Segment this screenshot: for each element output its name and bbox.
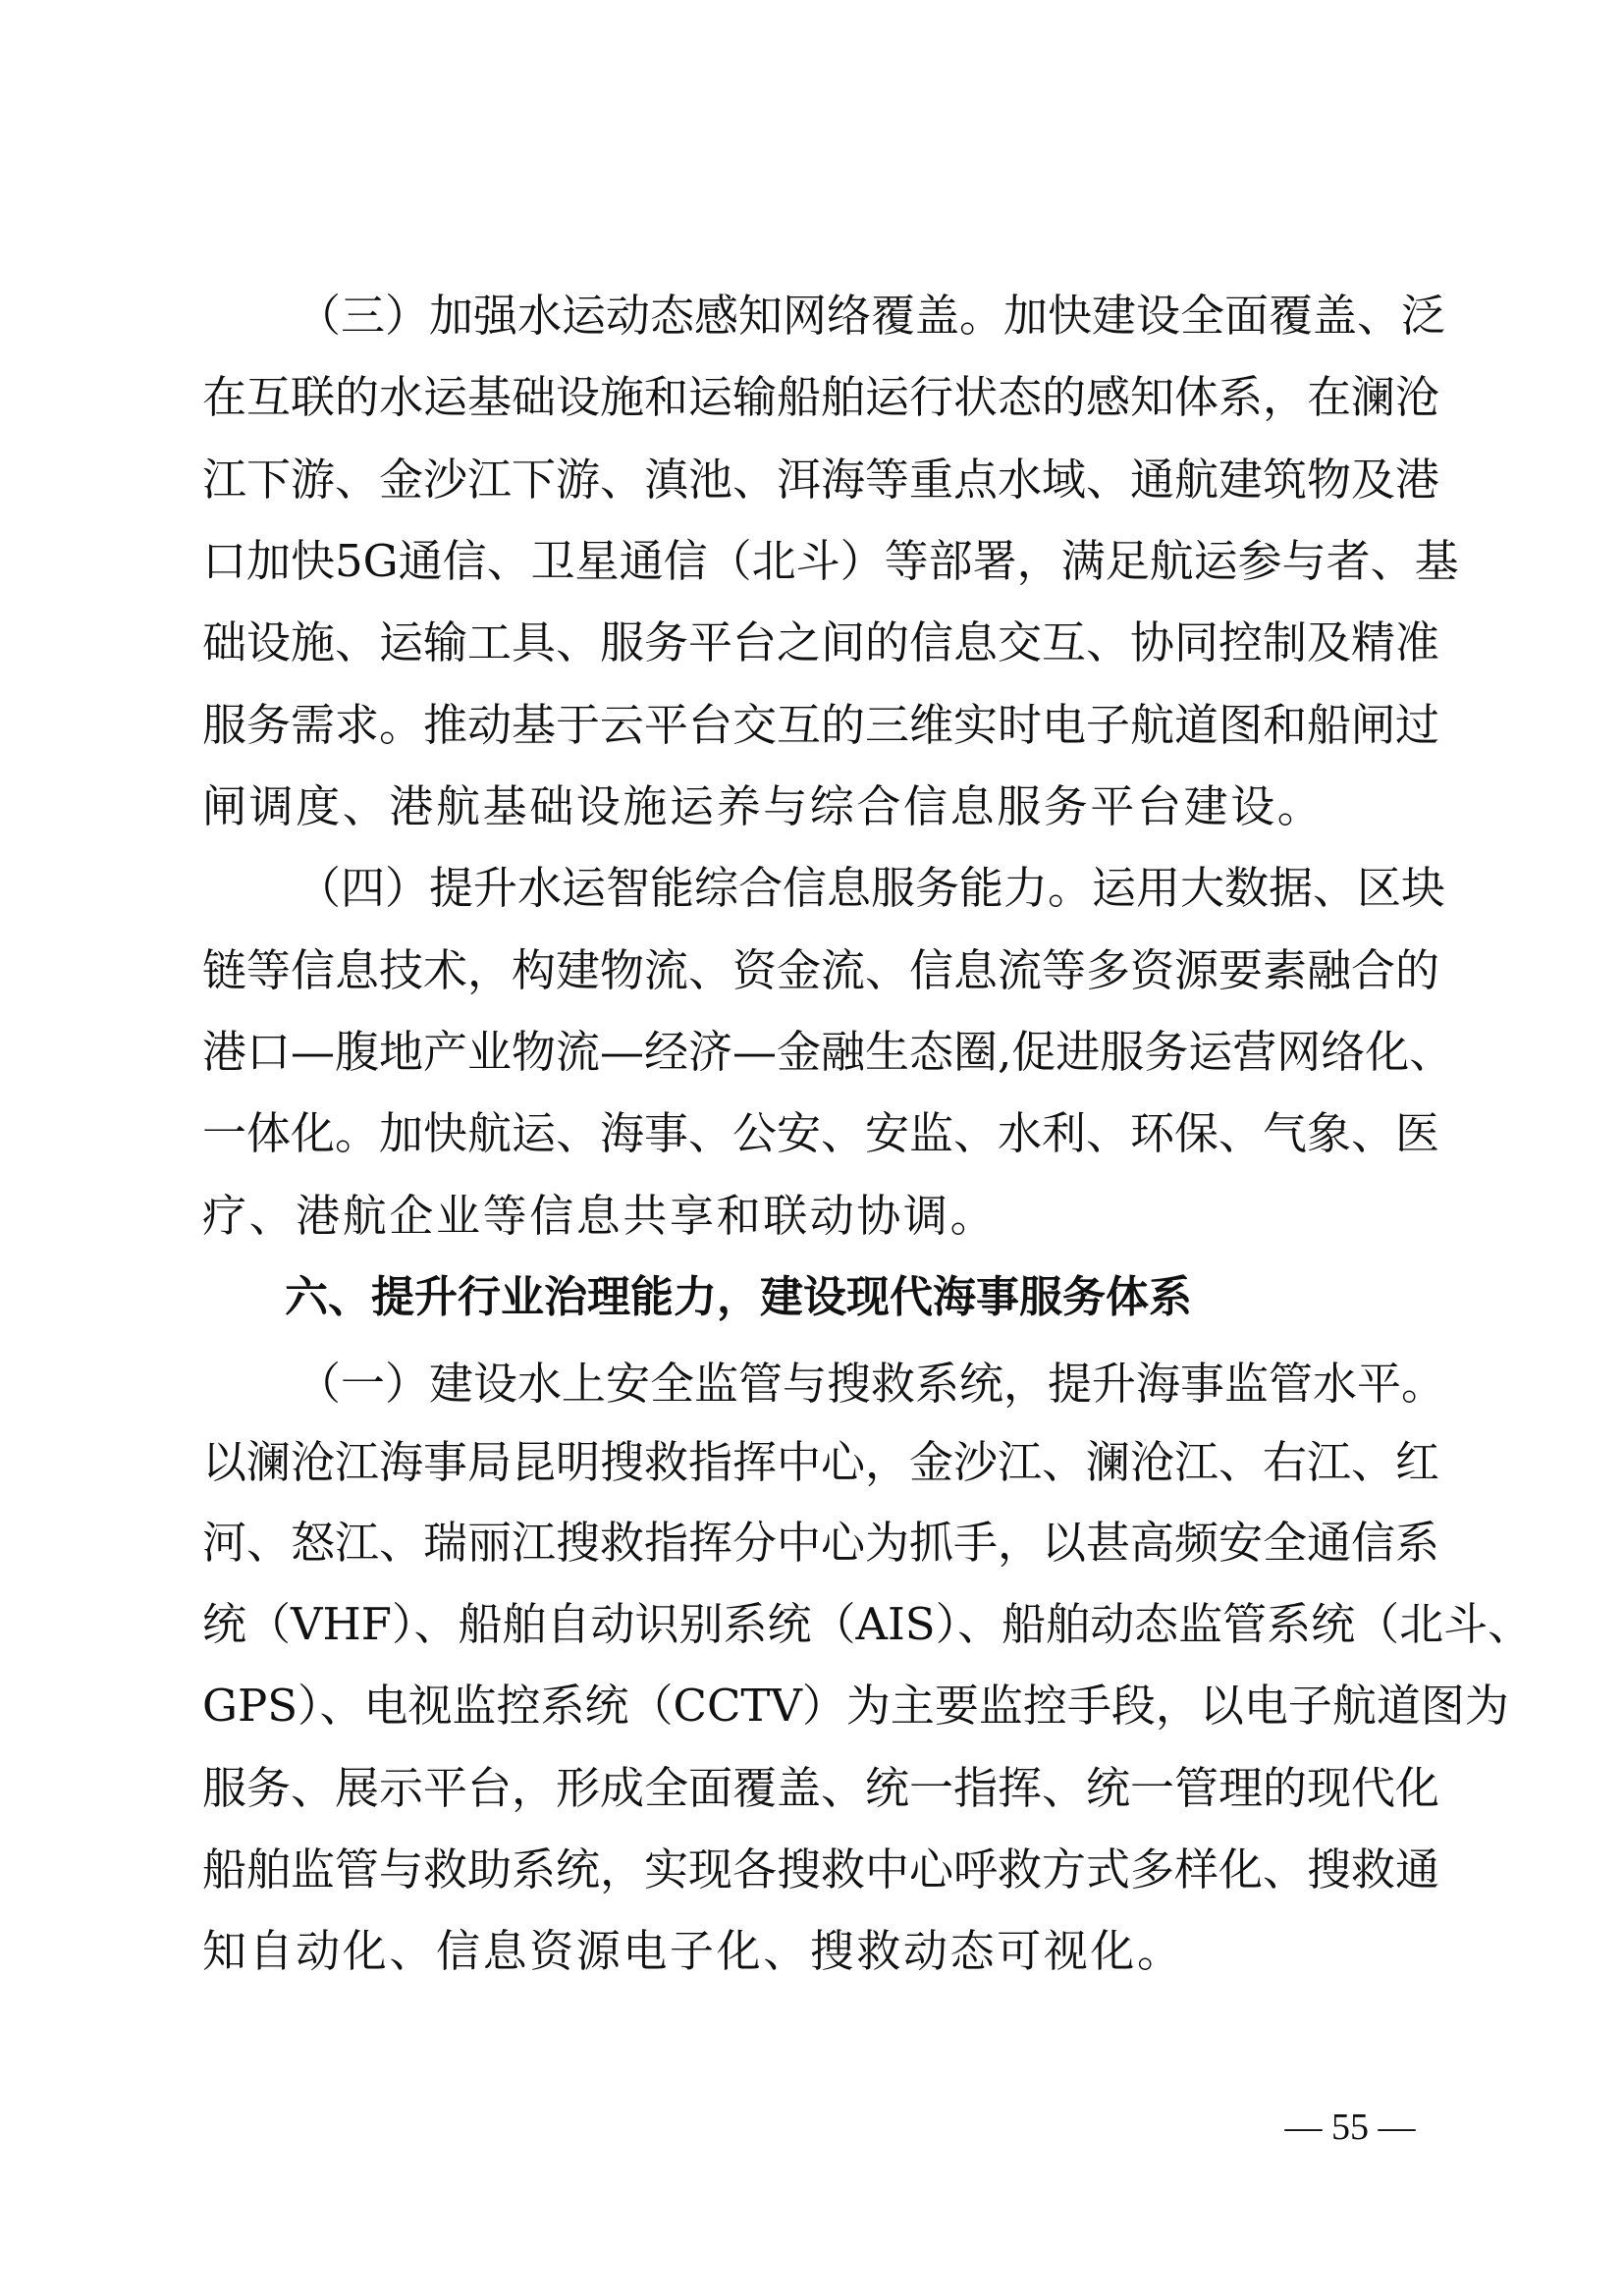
- paragraph-line: 统（VHF）、船舶自动识别系统（AIS）、船舶动态监管系统（北斗、: [202, 1595, 1424, 1654]
- paragraph-line: 船舶监管与救助系统，实现各搜救中心呼救方式多样化、搜救通: [202, 1841, 1424, 1899]
- paragraph-line: （四）提升水运智能综合信息服务能力。运用大数据、区块: [297, 859, 1424, 918]
- paragraph-line: 疗、港航企业等信息共享和联动协调。: [202, 1187, 1424, 1246]
- paragraph-line: 港口—腹地产业物流—经济—金融生态圈,促进服务运营网络化、: [202, 1023, 1424, 1082]
- paragraph-line: 链等信息技术，构建物流、资金流、信息流等多资源要素融合的: [202, 941, 1424, 1000]
- paragraph-line: GPS）、电视监控系统（CCTV）为主要监控手段，以电子航道图为: [202, 1677, 1424, 1735]
- paragraph-line: 服务需求。推动基于云平台交互的三维实时电子航道图和船闸过: [202, 696, 1424, 755]
- paragraph-line: 河、怒江、瑞丽江搜救指挥分中心为抓手，以甚高频安全通信系: [202, 1514, 1424, 1573]
- page-number: — 55 —: [1267, 2103, 1434, 2152]
- paragraph-line: 口加快5G通信、卫星通信（北斗）等部署，满足航运参与者、基: [202, 532, 1424, 591]
- paragraph-line: 闸调度、港航基础设施运养与综合信息服务平台建设。: [202, 777, 1424, 836]
- paragraph-line: 在互联的水运基础设施和运输船舶运行状态的感知体系，在澜沧: [202, 368, 1424, 427]
- paragraph-line: 础设施、运输工具、服务平台之间的信息交互、协同控制及精准: [202, 614, 1424, 672]
- paragraph-line: 以澜沧江海事局昆明搜救指挥中心，金沙江、澜沧江、右江、红: [202, 1433, 1424, 1492]
- paragraph-line: 知自动化、信息资源电子化、搜救动态可视化。: [202, 1922, 1424, 1981]
- paragraph-line: （一）建设水上安全监管与搜救系统，提升海事监管水平。: [297, 1355, 1424, 1414]
- paragraph-line: 一体化。加快航运、海事、公安、安监、水利、环保、气象、医: [202, 1104, 1424, 1163]
- document-page: （三）加强水运动态感知网络覆盖。加快建设全面覆盖、泛 在互联的水运基础设施和运输…: [0, 0, 1624, 2296]
- section-heading: 六、提升行业治理能力，建设现代海事服务体系: [285, 1268, 1424, 1327]
- paragraph-line: 江下游、金沙江下游、滇池、洱海等重点水域、通航建筑物及港: [202, 451, 1424, 509]
- paragraph-line: 服务、展示平台，形成全面覆盖、统一指挥、统一管理的现代化: [202, 1759, 1424, 1818]
- paragraph-line: （三）加强水运动态感知网络覆盖。加快建设全面覆盖、泛: [297, 287, 1424, 346]
